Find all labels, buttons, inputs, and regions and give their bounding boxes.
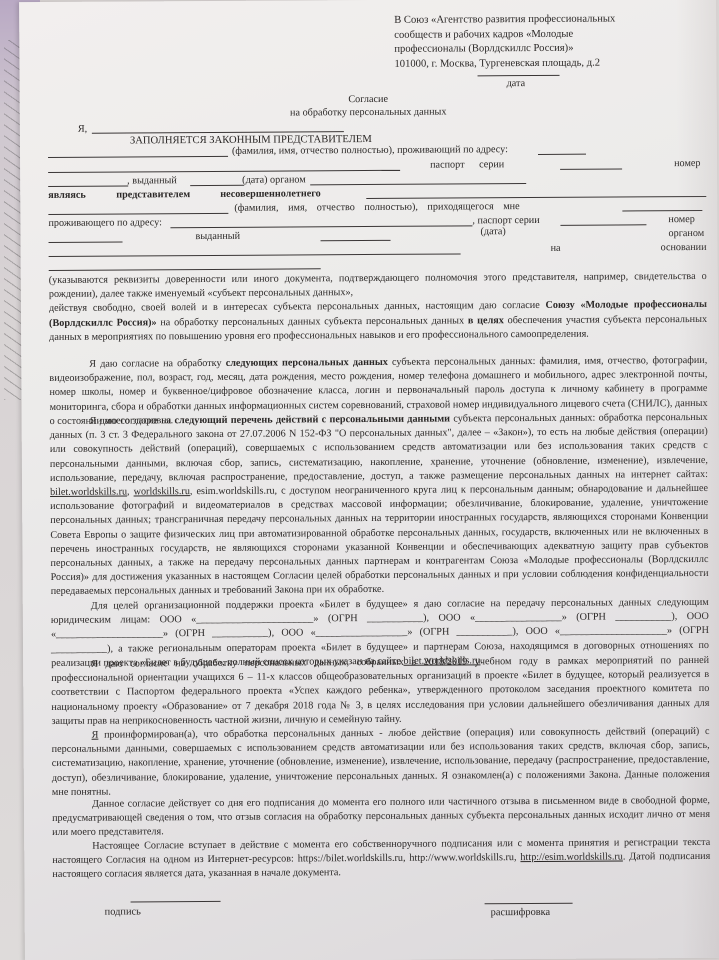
i-label: Я, — [78, 123, 87, 137]
recipient-line: сообществ и рабочих кадров «Молодые — [394, 27, 615, 43]
recipient-line: профессионалы (Ворлдскиллс Россия)» — [394, 41, 615, 57]
minor-issuing-organ-field[interactable] — [49, 253, 461, 257]
link-bilet-worldskills[interactable]: bilet.worldskills.ru — [50, 487, 127, 498]
paragraph-text: Я даю согласие на обработку — [89, 358, 225, 370]
date-label-2: (дата) — [480, 225, 505, 239]
representative-label: представителем — [116, 188, 190, 203]
minor-label: несовершеннолетнего — [220, 187, 321, 202]
consent-document-page: В Союз «Агентство развития профессиональ… — [19, 0, 719, 960]
paragraph-text: на обработку персональных данных субъект… — [157, 315, 468, 328]
basis-label: основании — [661, 241, 707, 255]
paragraph-text: Я даю согласие на обработку персональных… — [51, 655, 709, 727]
paragraph-text: , esim.worldskills.ru, с доступом неогра… — [50, 483, 708, 597]
bold-term: следующий перечень действий с персональн… — [174, 414, 450, 427]
residing-address-label: проживающего по адресу: — [48, 216, 162, 231]
organ-label-2: органом — [668, 227, 704, 241]
minor-passport-series-field[interactable] — [560, 224, 646, 226]
paragraph-2018-2019-data: Я даю согласие на обработку персональных… — [51, 654, 709, 729]
being-label: являясь — [48, 189, 86, 203]
minor-address-field[interactable] — [170, 225, 472, 228]
paragraph-processing-actions: Я даю согласие на следующий перечень дей… — [50, 411, 709, 600]
paragraph-text: Я даю согласие на — [90, 415, 175, 427]
number-label-2: номер — [668, 213, 695, 227]
issue-date-field[interactable] — [190, 185, 244, 186]
link-esim-worldskills[interactable]: http://esim.worldskills.ru — [520, 852, 623, 864]
paragraph-text: действуя свободно, своей волей и в интер… — [49, 300, 546, 314]
minor-name-field[interactable] — [366, 196, 706, 199]
bold-term: следующих персональных данных — [226, 357, 388, 369]
address-field-2[interactable] — [48, 170, 400, 173]
issued-label: , выданный — [127, 174, 177, 189]
paragraph-informed: Я проинформирован(а), что обработка перс… — [52, 725, 710, 800]
on-label: на — [551, 242, 561, 256]
passport-series-label: паспорт серии — [430, 158, 504, 173]
date-label: дата — [507, 77, 526, 91]
minor-issue-date-field[interactable] — [321, 240, 391, 241]
minor-passport-number-field[interactable] — [49, 242, 123, 243]
paragraph-effective: Настоящее Согласие вступает в действие с… — [52, 836, 710, 883]
paragraph-text: проинформирован(а), что обработка персон… — [52, 726, 710, 798]
basis-document-field[interactable] — [49, 268, 321, 271]
document-subtitle: на обработку персональных данных — [20, 104, 717, 122]
address-field-1[interactable] — [538, 154, 586, 155]
number-label: номер — [674, 157, 701, 171]
recipient-line: В Союз «Агентство развития профессиональ… — [394, 12, 615, 28]
date-organ-label: (дата) органом — [242, 173, 306, 188]
passport-series-field[interactable] — [560, 168, 622, 169]
passport-number-field[interactable] — [48, 185, 128, 186]
fio-resident-label: (фамилия, имя, отчество полностью), прож… — [232, 143, 508, 159]
signature-label: подпись — [105, 906, 141, 917]
issuing-organ-field[interactable] — [310, 183, 526, 185]
signature-field[interactable] — [131, 901, 221, 903]
issued-label-2: выданный — [195, 230, 240, 244]
purpose-label: в целях — [468, 315, 504, 326]
paragraph-text: (указываются реквизиты доверенности или … — [49, 271, 707, 300]
recipient-line: 101000, г. Москва, Тургеневская площадь,… — [394, 56, 615, 72]
link-worldskills[interactable]: worldskills.ru — [134, 486, 190, 497]
paragraph-representative-basis: (указываются реквизиты доверенности или … — [49, 270, 707, 345]
paragraph-text: Данное согласие действует со дня его под… — [52, 795, 710, 838]
name-decode-field[interactable] — [485, 903, 573, 905]
relation-field[interactable] — [622, 210, 702, 211]
fio-field[interactable] — [48, 156, 228, 158]
recipient-address: В Союз «Агентство развития профессиональ… — [394, 12, 615, 71]
minor-fio-field[interactable] — [48, 213, 228, 215]
paragraph-validity: Данное согласие действует со дня его под… — [52, 794, 710, 841]
name-decode-label: расшифровка — [491, 907, 551, 918]
